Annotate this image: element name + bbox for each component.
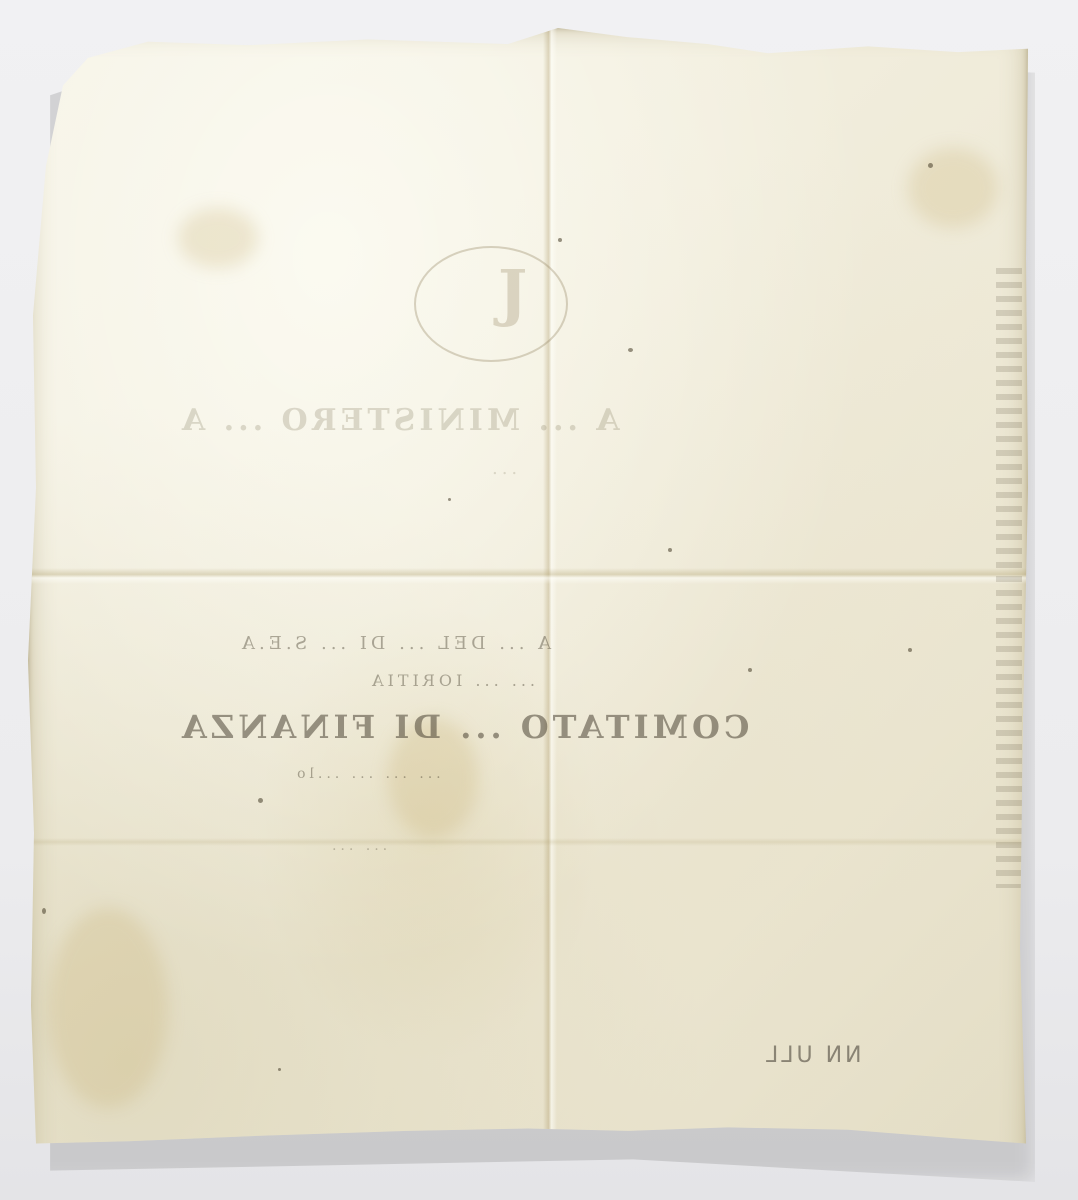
oval-stamp-outline bbox=[414, 246, 568, 362]
speckle bbox=[928, 163, 933, 168]
stamp-letter: J bbox=[498, 256, 527, 329]
show-through-line: A ... DEL ... DI ... S.E.A bbox=[238, 633, 551, 654]
speckle bbox=[748, 668, 752, 672]
foxing-stain bbox=[48, 908, 168, 1108]
speckle bbox=[628, 348, 633, 352]
horizontal-fold-crease bbox=[28, 568, 1028, 584]
speckle bbox=[668, 548, 672, 552]
foxing-stain bbox=[178, 208, 258, 268]
speckle bbox=[258, 798, 263, 803]
speckle bbox=[448, 498, 451, 501]
foxing-stain bbox=[908, 148, 998, 228]
speckle bbox=[42, 908, 46, 914]
edge-discoloration bbox=[28, 28, 1028, 1178]
right-edge-ink-marks bbox=[996, 268, 1022, 888]
speckle bbox=[908, 648, 912, 652]
show-through-title: COMITATO ... DI FINANZA bbox=[178, 708, 749, 746]
vertical-fold-crease bbox=[543, 28, 557, 1178]
show-through-heading: A ... MINISTERO ... A bbox=[178, 403, 620, 438]
show-through-line: ... ... ... ...lo bbox=[293, 766, 441, 782]
show-through-line: ... ... bbox=[328, 838, 387, 854]
handwritten-note: NN ULL bbox=[763, 1043, 862, 1068]
show-through-line: ... ... IORITIA bbox=[368, 671, 535, 690]
paper-sheet: J A ... MINISTERO ... A ... A ... DEL ..… bbox=[28, 28, 1028, 1178]
secondary-fold-crease bbox=[28, 838, 1028, 846]
speckle bbox=[558, 238, 562, 242]
speckle bbox=[278, 1068, 281, 1071]
show-through-subline: ... bbox=[488, 458, 517, 479]
